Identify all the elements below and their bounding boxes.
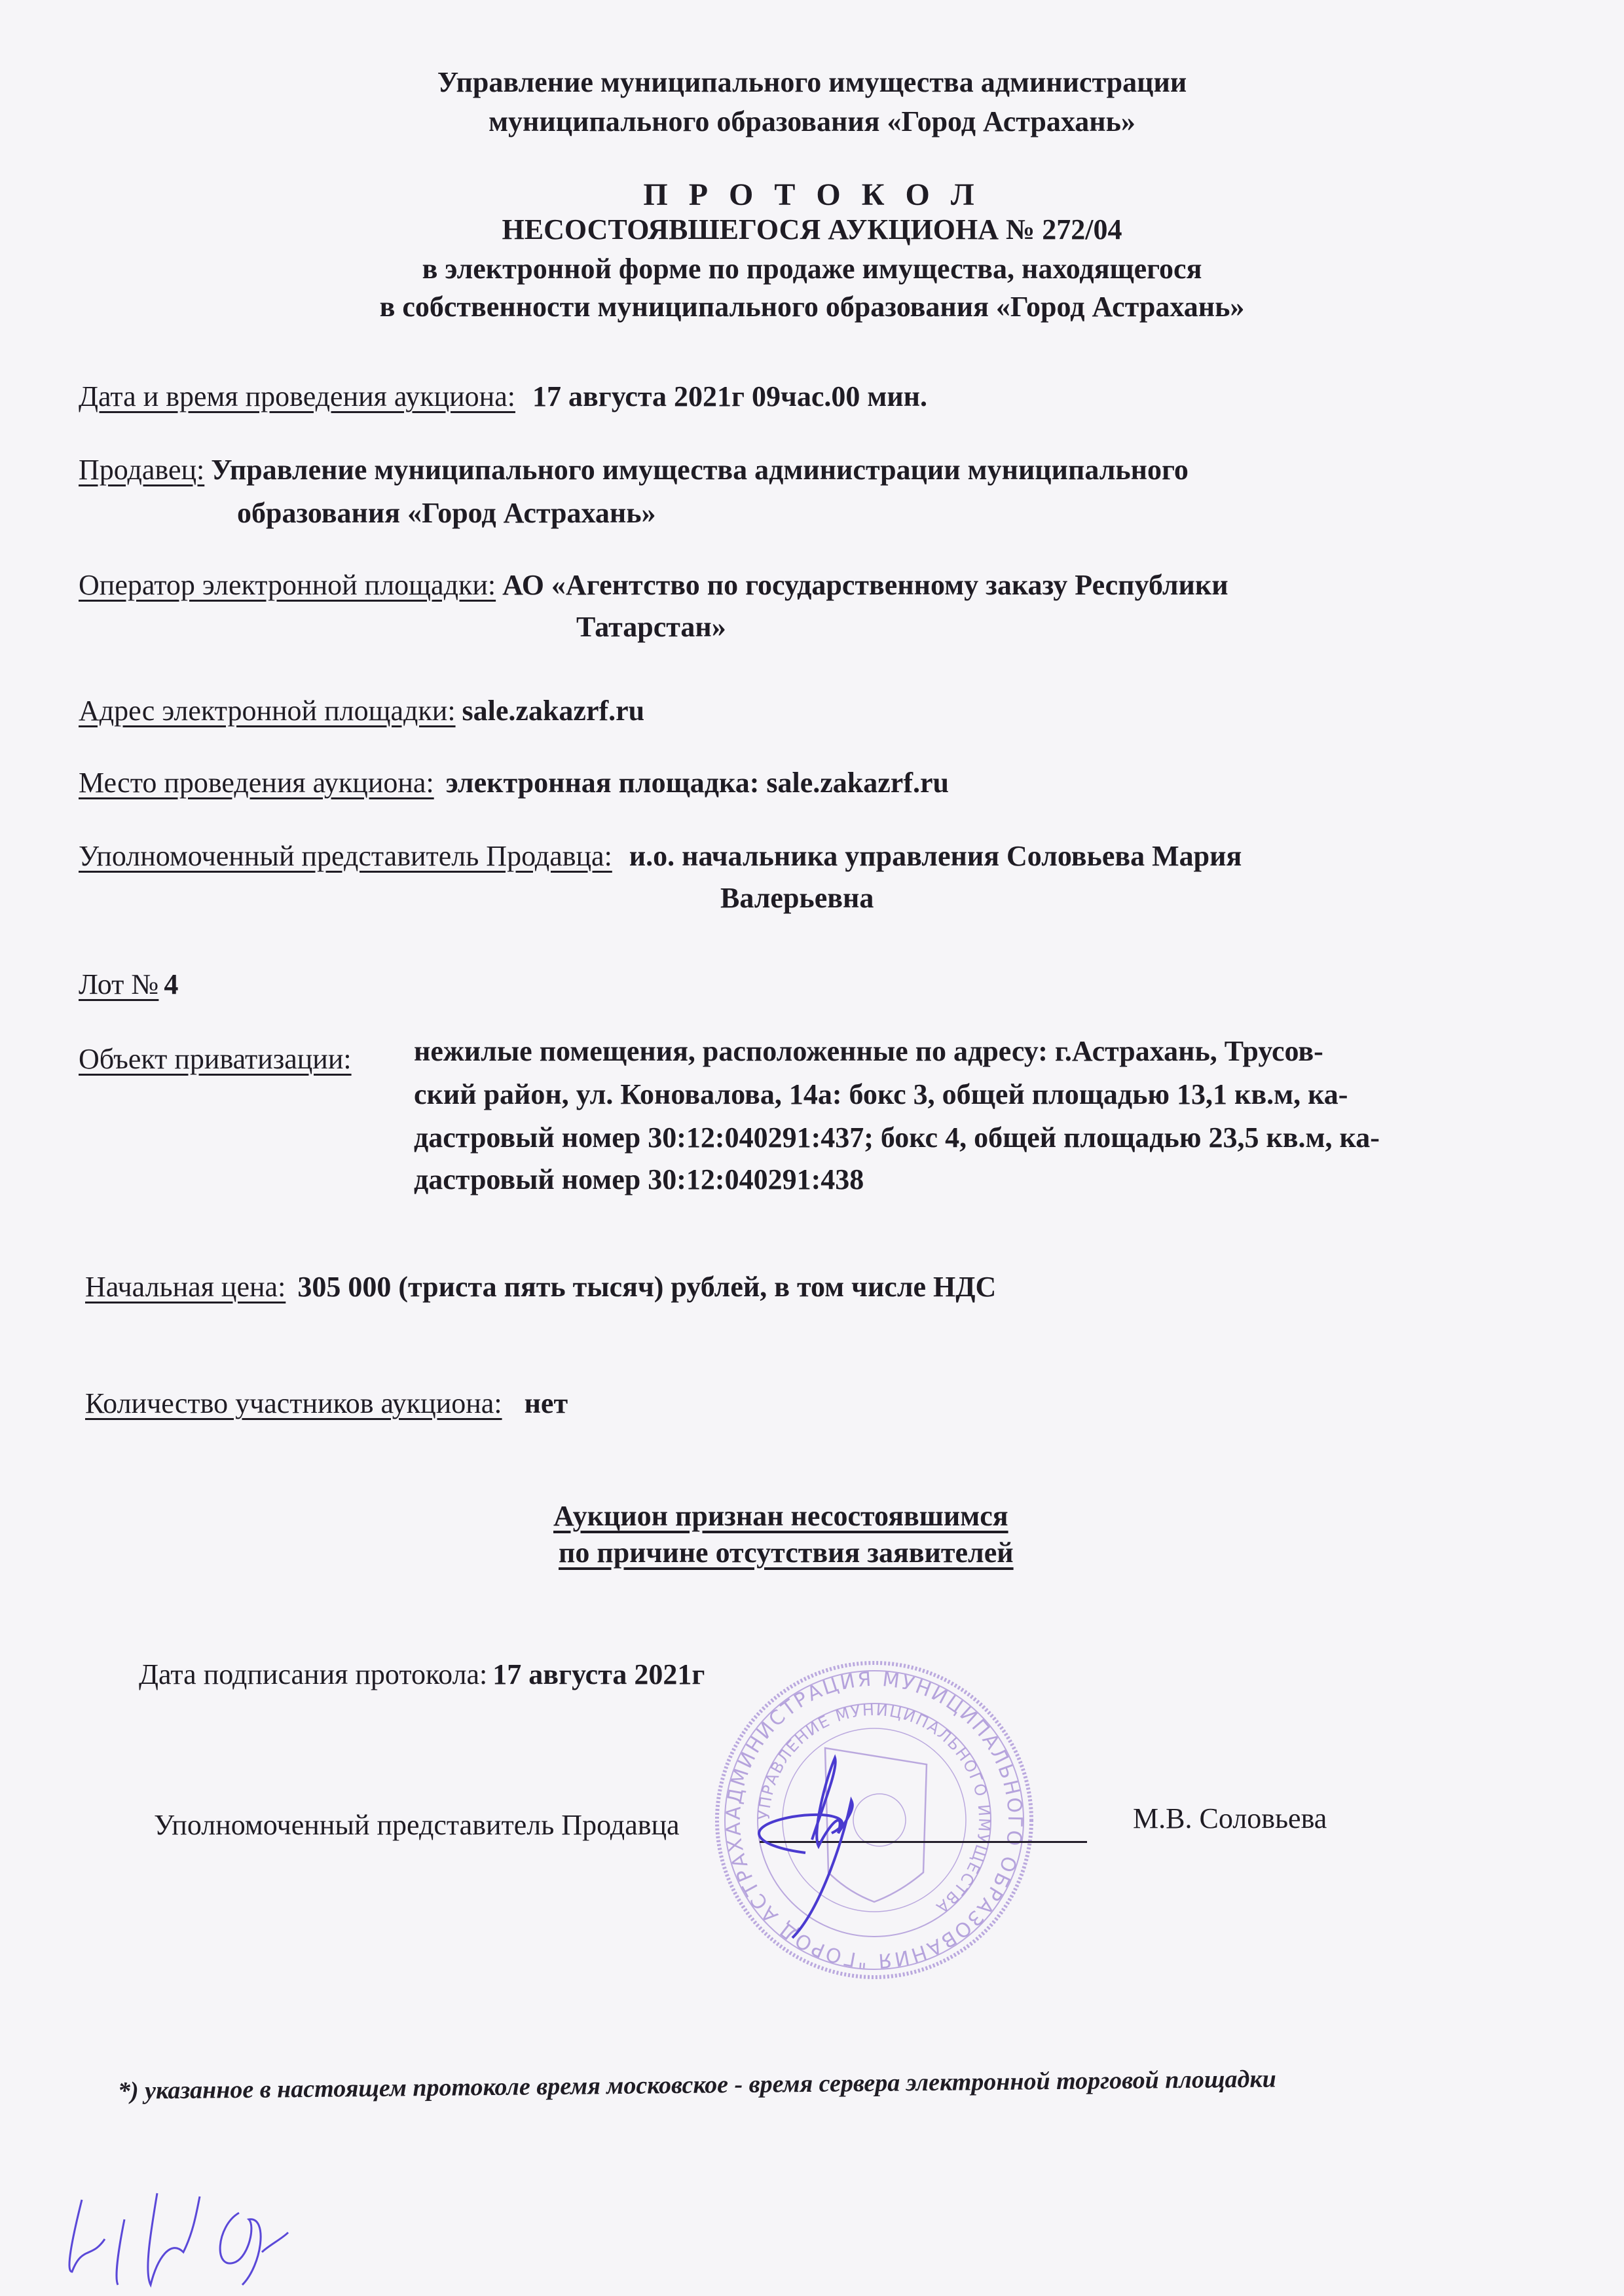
initials-signature-icon [52, 2187, 393, 2291]
handwritten-signature-icon [740, 1741, 910, 1951]
object-line-4: дастровый номер 30:12:040291:438 [414, 1163, 864, 1196]
operator-label: Оператор электронной площадки: [79, 569, 496, 601]
operator-value-line-2: Татарстан» [576, 610, 726, 644]
object-line-3: дастровый номер 30:12:040291:437; бокс 4… [414, 1121, 1380, 1154]
org-line-1: Управление муниципального имущества адми… [0, 65, 1624, 99]
place-field: Место проведения аукциона: электронная п… [79, 766, 949, 799]
participants-field: Количество участников аукциона: нет [85, 1387, 568, 1420]
description-line-2: в собственности муниципального образован… [0, 290, 1624, 323]
description-line-1: в электронной форме по продаже имущества… [0, 252, 1624, 285]
participants-label: Количество участников аукциона: [85, 1387, 502, 1419]
signature-rep-name: М.В. Соловьева [1133, 1802, 1327, 1835]
lot-value: 4 [164, 968, 178, 1000]
seller-value-line-2: образования «Город Астрахань» [237, 496, 656, 530]
datetime-field: Дата и время проведения аукциона: 17 авг… [79, 380, 927, 413]
representative-value-line-1: и.о. начальника управления Соловьева Мар… [629, 840, 1242, 872]
footnote: *) указанное в настоящем протоколе время… [118, 2064, 1276, 2105]
datetime-label: Дата и время проведения аукциона: [79, 380, 515, 412]
price-value: 305 000 (триста пять тысяч) рублей, в то… [297, 1271, 996, 1303]
signing-date-value: 17 августа 2021г [492, 1658, 705, 1690]
result-line-1: Аукцион признан несостоявшимся [553, 1499, 1008, 1533]
object-line-1: нежилые помещения, расположенные по адре… [414, 1034, 1323, 1068]
price-label: Начальная цена: [85, 1271, 286, 1303]
object-field: Объект приватизации: [79, 1042, 352, 1076]
price-field: Начальная цена: 305 000 (триста пять тыс… [85, 1270, 996, 1303]
participants-value: нет [525, 1387, 568, 1419]
signature-rep-label: Уполномоченный представитель Продавца [154, 1808, 680, 1842]
place-value: электронная площадка: sale.zakazrf.ru [446, 767, 949, 799]
address-field: Адрес электронной площадки: sale.zakazrf… [79, 694, 644, 727]
seller-value-line-1: Управление муниципального имущества адми… [211, 454, 1189, 486]
signing-date-label: Дата подписания протокола: [139, 1658, 487, 1690]
object-label: Объект приватизации: [79, 1043, 352, 1075]
document-subtitle: НЕСОСТОЯВШЕГОСЯ АУКЦИОНА № 272/04 [0, 213, 1624, 246]
operator-field: Оператор электронной площадки: АО «Агент… [79, 568, 1228, 602]
address-value: sale.zakazrf.ru [462, 695, 645, 727]
place-label: Место проведения аукциона: [79, 767, 434, 799]
representative-label: Уполномоченный представитель Продавца: [79, 840, 612, 872]
signing-date-field: Дата подписания протокола: 17 августа 20… [139, 1658, 705, 1691]
seller-field: Продавец: Управление муниципального имущ… [79, 453, 1189, 486]
org-line-2: муниципального образования «Город Астрах… [0, 105, 1624, 138]
datetime-value: 17 августа 2021г 09час.00 мин. [532, 380, 927, 412]
lot-field: Лот № 4 [79, 968, 178, 1001]
document-title: П Р О Т О К О Л [0, 177, 1624, 213]
seller-label: Продавец: [79, 454, 204, 486]
representative-value-line-2: Валерьевна [720, 881, 874, 915]
lot-label: Лот № [79, 968, 158, 1000]
operator-value-line-1: АО «Агентство по государственному заказу… [502, 569, 1228, 601]
result-line-2: по причине отсутствия заявителей [559, 1536, 1014, 1569]
representative-field: Уполномоченный представитель Продавца: и… [79, 839, 1242, 873]
object-line-2: ский район, ул. Коновалова, 14а: бокс 3,… [414, 1078, 1348, 1111]
address-label: Адрес электронной площадки: [79, 695, 456, 727]
